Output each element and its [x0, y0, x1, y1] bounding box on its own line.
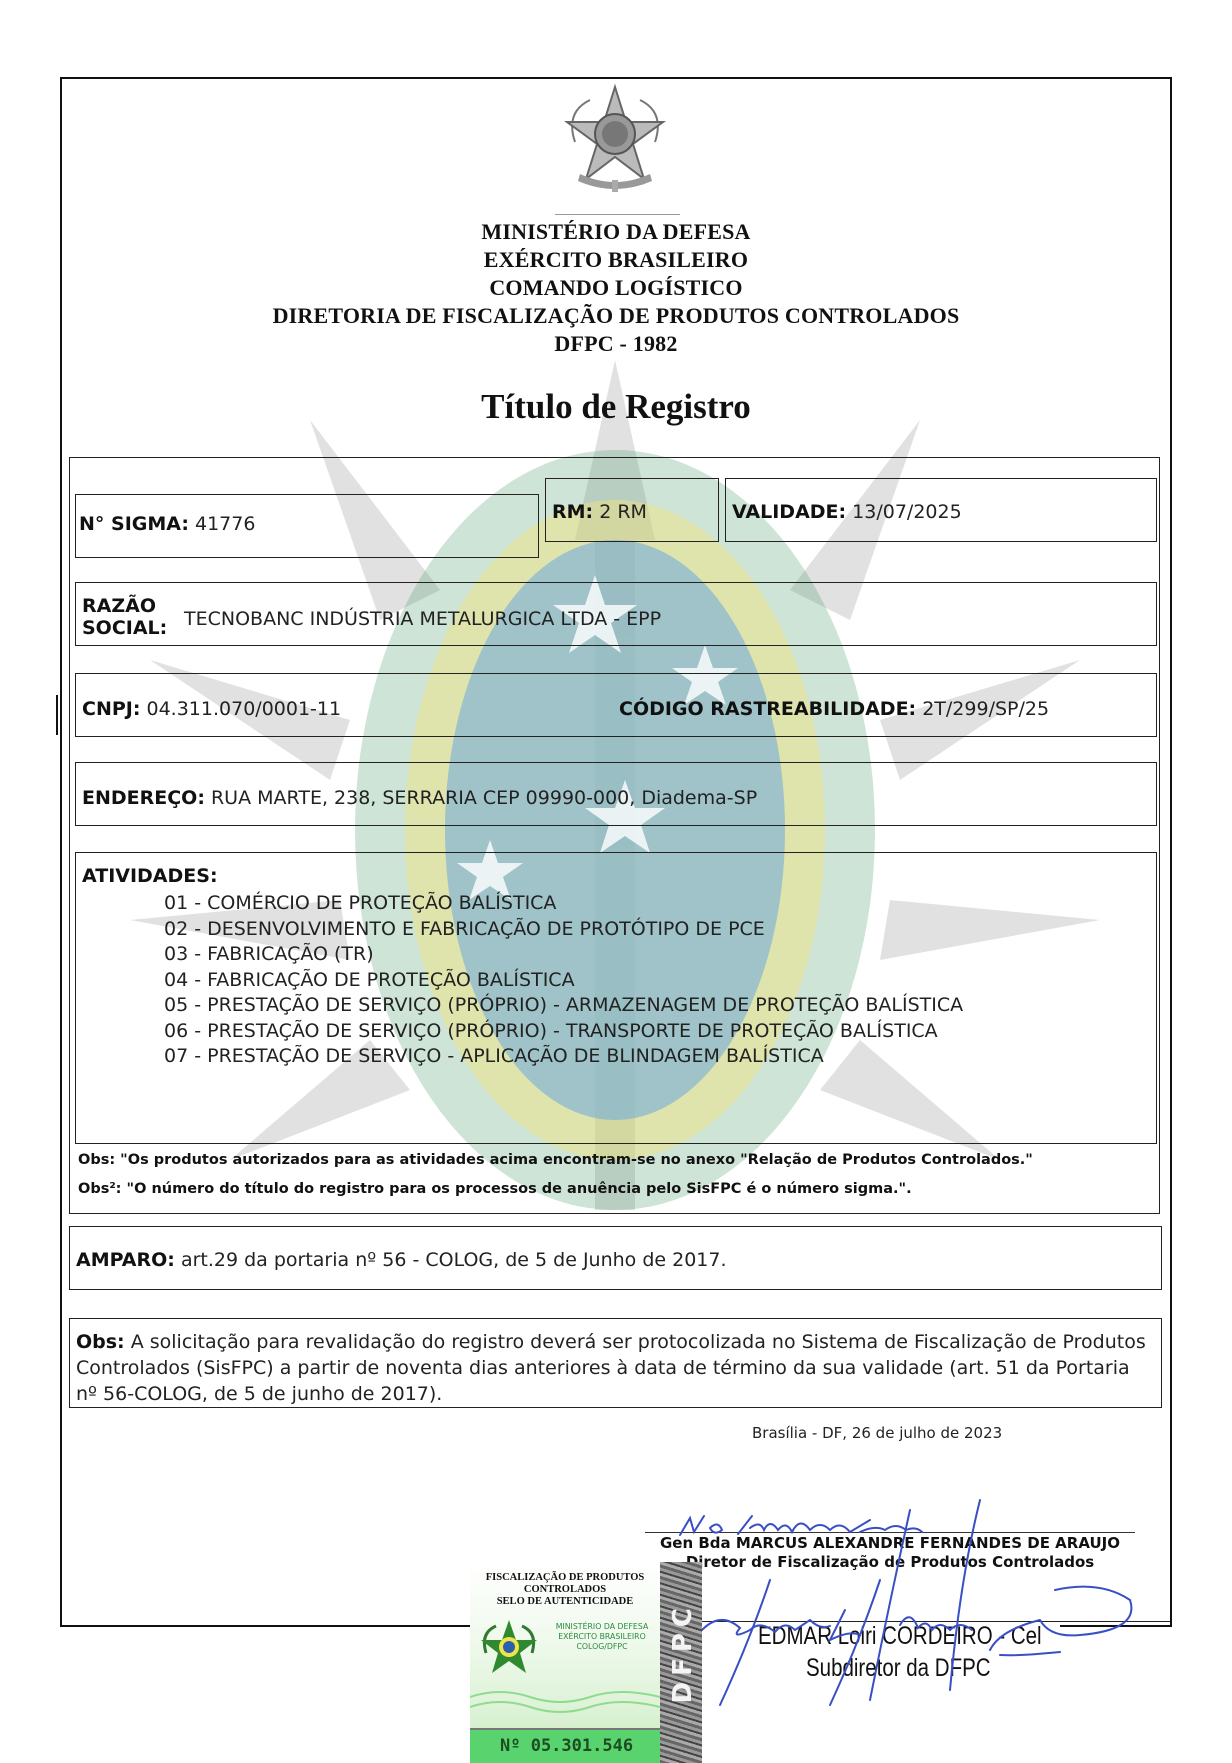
codigo-value: 2T/299/SP/25: [922, 698, 1049, 720]
subdirector-role: Subdiretor da DFPC: [806, 1654, 991, 1683]
revalidacao-label: Obs:: [76, 1331, 125, 1353]
signature-line-director: [645, 1532, 1135, 1533]
rm-field: RM: 2 RM: [545, 478, 719, 542]
director-name: Gen Bda MARCUS ALEXANDRE FERNANDES DE AR…: [640, 1534, 1140, 1552]
list-item: 01 - COMÉRCIO DE PROTEÇÃO BALÍSTICA: [164, 891, 1156, 917]
header-line: COMANDO LOGÍSTICO: [0, 274, 1232, 302]
rm-label: RM:: [552, 501, 593, 523]
seal-number: Nº 05.301.546: [500, 1736, 633, 1756]
seal-wave-decoration: [470, 1682, 660, 1722]
seal-org-line: COLOG/DFPC: [544, 1642, 660, 1652]
authenticity-seal: FISCALIZAÇÃO DE PRODUTOS CONTROLADOS SEL…: [470, 1562, 660, 1763]
validade-field: VALIDADE: 13/07/2025: [725, 478, 1157, 542]
obs-note-1: Obs: "Os produtos autorizados para as at…: [78, 1152, 1033, 1168]
seal-org-line: MINISTÉRIO DA DEFESA: [544, 1622, 660, 1632]
seal-strip-text: DFPC: [668, 1602, 698, 1703]
sigma-label: N° SIGMA:: [79, 513, 189, 535]
seal-title-line: CONTROLADOS: [470, 1584, 660, 1596]
razao-social-value: TECNOBANC INDÚSTRIA METALURGICA LTDA - E…: [184, 608, 661, 630]
cnpj-value: 04.311.070/0001-11: [147, 698, 342, 720]
sigma-field: N° SIGMA: 41776: [75, 494, 539, 558]
margin-mark: [56, 695, 58, 735]
amparo-field: AMPARO: art.29 da portaria nº 56 - COLOG…: [69, 1226, 1162, 1290]
atividades-section: ATIVIDADES: 01 - COMÉRCIO DE PROTEÇÃO BA…: [75, 852, 1157, 1144]
issuer-header: MINISTÉRIO DA DEFESA EXÉRCITO BRASILEIRO…: [0, 218, 1232, 358]
list-item: 02 - DESENVOLVIMENTO E FABRICAÇÃO DE PRO…: [164, 917, 1156, 943]
cnpj-field: CNPJ: 04.311.070/0001-11 CÓDIGO RASTREAB…: [75, 673, 1157, 737]
amparo-value: art.29 da portaria nº 56 - COLOG, de 5 d…: [181, 1249, 727, 1271]
codigo-label: CÓDIGO RASTREABILIDADE:: [619, 698, 916, 720]
document-title: Título de Registro: [0, 387, 1232, 427]
seal-title: FISCALIZAÇÃO DE PRODUTOS CONTROLADOS SEL…: [470, 1572, 660, 1608]
validade-label: VALIDADE:: [732, 501, 846, 523]
razao-social-field: RAZÃO SOCIAL: TECNOBANC INDÚSTRIA METALU…: [75, 582, 1157, 646]
director-role: Diretor de Fiscalização de Produtos Cont…: [640, 1553, 1140, 1571]
header-line: DFPC - 1982: [0, 330, 1232, 358]
header-line: DIRETORIA DE FISCALIZAÇÃO DE PRODUTOS CO…: [0, 302, 1232, 330]
header-line: EXÉRCITO BRASILEIRO: [0, 246, 1232, 274]
razao-social-label: RAZÃO SOCIAL:: [82, 595, 167, 639]
seal-title-line: SELO DE AUTENTICIDADE: [470, 1596, 660, 1608]
sigma-value: 41776: [195, 513, 255, 535]
seal-number-bar: Nº 05.301.546: [470, 1728, 660, 1763]
crest-divider: [555, 214, 680, 215]
endereco-field: ENDEREÇO: RUA MARTE, 238, SERRARIA CEP 0…: [75, 762, 1157, 826]
revalidacao-note: Obs: A solicitação para revalidação do r…: [69, 1318, 1162, 1408]
social-label-line: SOCIAL:: [82, 617, 167, 639]
seal-title-line: FISCALIZAÇÃO DE PRODUTOS: [470, 1572, 660, 1584]
validade-value: 13/07/2025: [852, 501, 962, 523]
obs-note-2: Obs²: "O número do título do registro pa…: [78, 1181, 912, 1197]
seal-org: MINISTÉRIO DA DEFESA EXÉRCITO BRASILEIRO…: [544, 1622, 660, 1652]
seal-coat-of-arms-icon: [478, 1618, 540, 1678]
razao-label-line: RAZÃO: [82, 595, 167, 617]
list-item: 05 - PRESTAÇÃO DE SERVIÇO (PRÓPRIO) - AR…: [164, 993, 1156, 1019]
list-item: 07 - PRESTAÇÃO DE SERVIÇO - APLICAÇÃO DE…: [164, 1044, 1156, 1070]
header-line: MINISTÉRIO DA DEFESA: [0, 218, 1232, 246]
atividades-label: ATIVIDADES:: [82, 865, 1156, 887]
seal-org-line: EXÉRCITO BRASILEIRO: [544, 1632, 660, 1642]
document-border-bottom-right: [1060, 1625, 1170, 1627]
list-item: 06 - PRESTAÇÃO DE SERVIÇO (PRÓPRIO) - TR…: [164, 1019, 1156, 1045]
list-item: 03 - FABRICAÇÃO (TR): [164, 942, 1156, 968]
cnpj-label: CNPJ:: [82, 698, 140, 720]
endereco-label: ENDEREÇO:: [82, 787, 205, 809]
revalidacao-text: A solicitação para revalidação do regist…: [76, 1331, 1146, 1405]
amparo-label: AMPARO:: [76, 1249, 175, 1271]
codigo-rastreabilidade: CÓDIGO RASTREABILIDADE: 2T/299/SP/25: [619, 698, 1049, 720]
list-item: 04 - FABRICAÇÃO DE PROTEÇÃO BALÍSTICA: [164, 968, 1156, 994]
issue-date: Brasília - DF, 26 de julho de 2023: [752, 1424, 1002, 1442]
seal-security-strip: DFPC: [660, 1562, 702, 1763]
endereco-value: RUA MARTE, 238, SERRARIA CEP 09990-000, …: [211, 787, 757, 809]
atividades-list: 01 - COMÉRCIO DE PROTEÇÃO BALÍSTICA 02 -…: [164, 891, 1156, 1070]
brazil-coat-of-arms-icon: [560, 82, 670, 197]
rm-value: 2 RM: [599, 501, 647, 523]
subdirector-name: EDMAR Loiri CORDEIRO - Cel: [758, 1622, 1042, 1651]
